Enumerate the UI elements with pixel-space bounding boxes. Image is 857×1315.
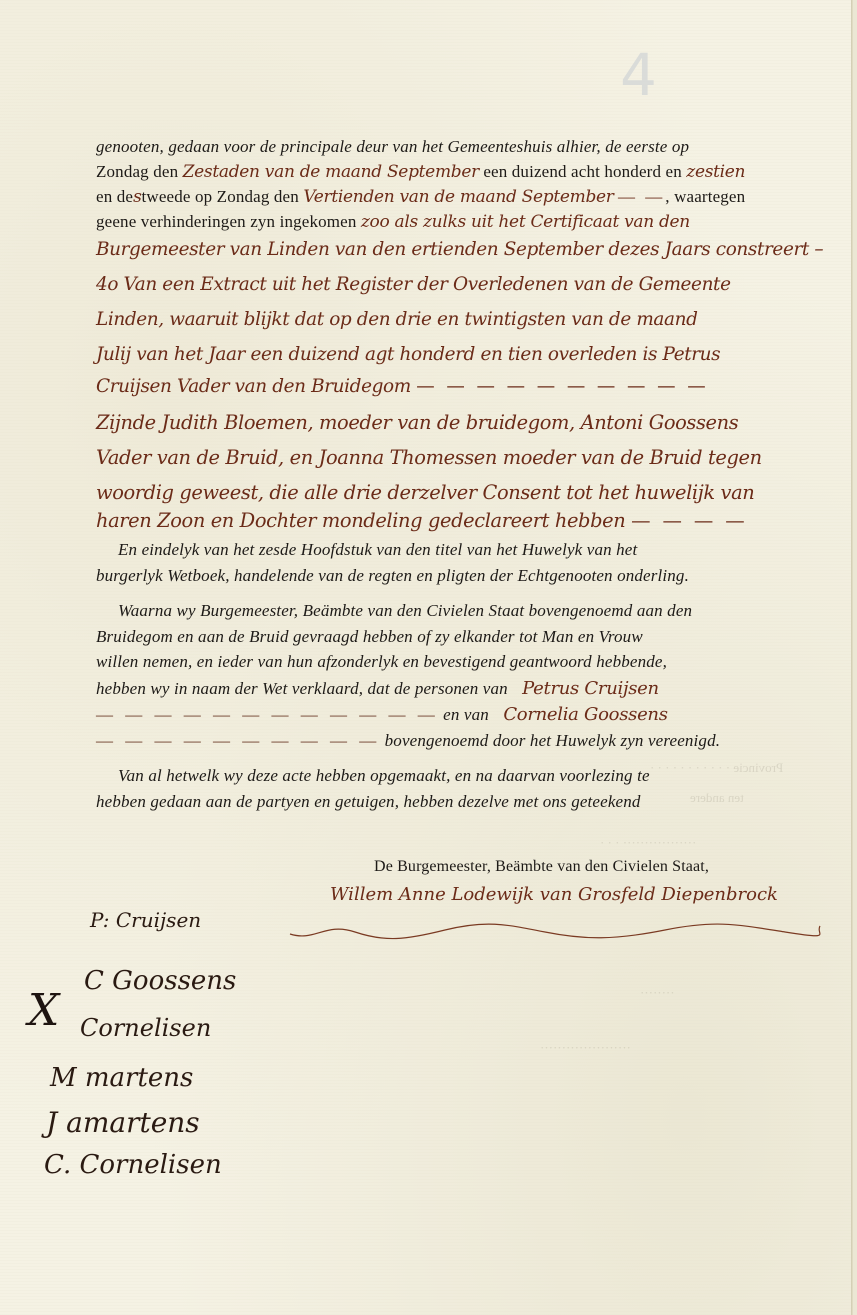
bleed-through-texture: ········ bbox=[640, 985, 675, 1001]
printed-text: en van bbox=[443, 705, 489, 724]
handwritten-date: Vertienden van de maand September bbox=[303, 187, 613, 207]
pencil-page-number: 4 bbox=[620, 40, 660, 110]
page-edge-strip bbox=[853, 0, 857, 1315]
official-signature: Willem Anne Lodewijk van Grosfeld Diepen… bbox=[330, 884, 778, 905]
handwritten-year: zestien bbox=[686, 162, 745, 182]
printed-line: genooten, gedaan voor de principale deur… bbox=[96, 137, 689, 157]
bleed-through-texture: ····················· bbox=[540, 1040, 631, 1056]
bleed-through-texture: ten andere bbox=[690, 790, 744, 806]
fill-dashes: — — — — bbox=[631, 508, 747, 532]
document-page: 4 Provincie · · · · · · · · · · · ten an… bbox=[0, 0, 857, 1315]
printed-text: en de bbox=[96, 187, 133, 206]
handwritten-line: haren Zoon en Dochter mondeling gedeclar… bbox=[96, 508, 748, 532]
handwritten-line: woordig geweest, die alle drie derzelver… bbox=[96, 480, 754, 504]
printed-line: geene verhinderingen zyn ingekomen zoo a… bbox=[96, 212, 690, 232]
witness-signature: J amartens bbox=[46, 1106, 200, 1139]
handwritten-line: Linden, waaruit blijkt dat op den drie e… bbox=[96, 308, 698, 330]
handwritten-line: Julij van het Jaar een duizend agt honde… bbox=[96, 343, 720, 365]
fill-dashes: — — — — — — — — — — bbox=[416, 375, 708, 397]
printed-text: tweede op Zondag den bbox=[142, 187, 299, 206]
witness-signature: Cornelisen bbox=[80, 1014, 211, 1042]
handwritten-line: Cruijsen Vader van den Bruidegom — — — —… bbox=[96, 375, 709, 397]
printed-line: Bruidegom en aan de Bruid gevraagd hebbe… bbox=[96, 627, 643, 647]
printed-text: een duizend acht honderd en bbox=[483, 162, 682, 181]
witness-signature: C. Cornelisen bbox=[44, 1150, 222, 1180]
handwritten-line: Burgemeester van Linden van den ertiende… bbox=[96, 238, 823, 260]
witness-signature: M martens bbox=[50, 1063, 193, 1093]
printed-line: en destweede op Zondag den Vertienden va… bbox=[96, 187, 745, 207]
official-title: De Burgemeester, Beämbte van den Civiele… bbox=[374, 858, 709, 876]
printed-line: Waarna wy Burgemeester, Beämbte van den … bbox=[118, 601, 692, 621]
witness-signature: P: Cruijsen bbox=[90, 908, 201, 932]
printed-text: , waartegen bbox=[665, 187, 745, 206]
printed-line: Zondag den Zestaden van de maand Septemb… bbox=[96, 162, 745, 182]
handwritten-line: 4o Van een Extract uit het Register der … bbox=[96, 273, 731, 295]
handwritten-line: Vader van de Bruid, en Joanna Thomessen … bbox=[96, 445, 762, 469]
printed-line: willen nemen, en ieder van hun afzonderl… bbox=[96, 652, 667, 672]
printed-text: Zondag den bbox=[96, 162, 178, 181]
printed-text: bovengenoemd door het Huwelyk zyn vereen… bbox=[385, 731, 720, 750]
printed-line: — — — — — — — — — — bovengenoemd door he… bbox=[96, 731, 720, 751]
printed-line: burgerlyk Wetboek, handelende van de reg… bbox=[96, 566, 689, 586]
bleed-through-texture: ················· · · · bbox=[600, 835, 696, 851]
signature-flourish bbox=[285, 912, 825, 942]
printed-line: Van al hetwelk wy deze acte hebben opgem… bbox=[118, 766, 650, 786]
fill-dashes: — — — — — — — — — — — — bbox=[96, 705, 439, 724]
bleed-through-texture: Provincie · · · · · · · · · · · bbox=[650, 760, 783, 776]
fill-dashes: — — bbox=[618, 187, 665, 207]
printed-line: — — — — — — — — — — — — en van Cornelia … bbox=[96, 704, 668, 725]
handwritten-text: Cruijsen Vader van den Bruidegom bbox=[96, 375, 411, 397]
handwritten-text: zoo als zulks uit het Certificaat van de… bbox=[361, 212, 690, 232]
printed-line: hebben wy in naam der Wet verklaard, dat… bbox=[96, 678, 659, 699]
fill-dashes: — — — — — — — — — — bbox=[96, 731, 380, 750]
groom-name: Petrus Cruijsen bbox=[522, 678, 659, 699]
printed-text: geene verhinderingen zyn ingekomen bbox=[96, 212, 356, 231]
handwritten-text: haren Zoon en Dochter mondeling gedeclar… bbox=[96, 508, 625, 532]
witness-signature: C Goossens bbox=[84, 966, 236, 996]
handwritten-date: Zestaden van de maand September bbox=[183, 162, 479, 182]
handwritten-line: Zijnde Judith Bloemen, moeder van de bru… bbox=[96, 410, 738, 434]
printed-text: genooten, gedaan voor de principale deur… bbox=[96, 137, 689, 156]
printed-text: hebben wy in naam der Wet verklaard, dat… bbox=[96, 679, 508, 698]
signature-mark: X bbox=[28, 985, 59, 1036]
bride-name: Cornelia Goossens bbox=[503, 704, 667, 725]
printed-line: hebben gedaan aan de partyen en getuigen… bbox=[96, 792, 641, 812]
printed-line: En eindelyk van het zesde Hoofdstuk van … bbox=[118, 540, 637, 560]
handwritten-correction: s bbox=[133, 187, 141, 207]
